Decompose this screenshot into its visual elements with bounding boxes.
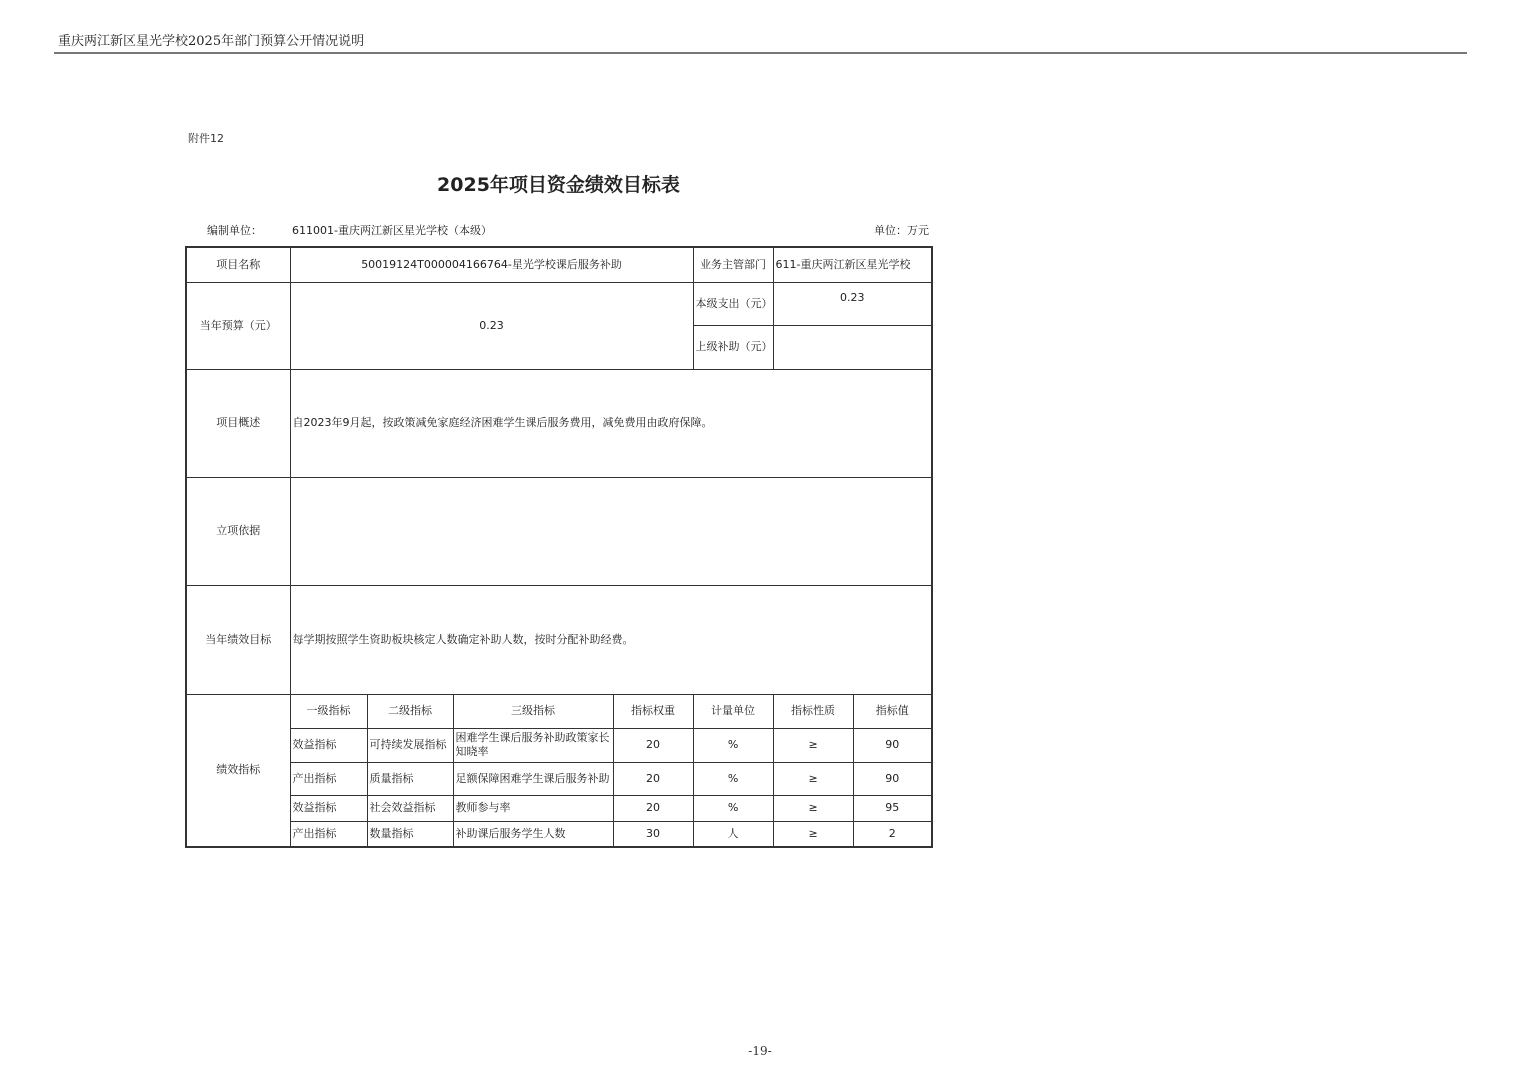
indicator-header: 三级指标 <box>453 694 613 728</box>
page-number: -19- <box>0 1044 1520 1058</box>
value-cell: 90 <box>853 728 932 762</box>
unit-cell: 人 <box>693 821 773 847</box>
own-spend-value: 0.23 <box>773 282 932 325</box>
indicator-header: 计量单位 <box>693 694 773 728</box>
weight-cell: 20 <box>613 728 693 762</box>
org-label: 编制单位： <box>207 222 262 238</box>
own-spend-label: 本级支出（元） <box>693 282 773 325</box>
unit-cell: % <box>693 728 773 762</box>
budget-label: 当年预算（元） <box>186 282 290 369</box>
org-value: 611001-重庆两江新区星光学校（本级） <box>292 222 492 238</box>
unit-label: 单位：万元 <box>874 222 929 238</box>
nature-cell: ≥ <box>773 795 853 821</box>
value-cell: 2 <box>853 821 932 847</box>
attachment-label: 附件12 <box>188 130 224 146</box>
level3-cell: 困难学生课后服务补助政策家长知晓率 <box>453 728 613 762</box>
basis-text <box>290 477 932 585</box>
unit-cell: % <box>693 762 773 795</box>
table-row: 产出指标 质量指标 足额保障困难学生课后服务补助 20 % ≥ 90 <box>186 762 932 795</box>
level3-cell: 足额保障困难学生课后服务补助 <box>453 762 613 795</box>
level1-cell: 效益指标 <box>290 795 367 821</box>
page-title: 2025年项目资金绩效目标表 <box>186 170 931 197</box>
upper-subsidy-value <box>773 325 932 369</box>
nature-cell: ≥ <box>773 821 853 847</box>
dept-label: 业务主管部门 <box>693 247 773 282</box>
upper-subsidy-label: 上级补助（元） <box>693 325 773 369</box>
goal-label: 当年绩效目标 <box>186 585 290 694</box>
indicator-header: 指标性质 <box>773 694 853 728</box>
nature-cell: ≥ <box>773 728 853 762</box>
level2-cell: 质量指标 <box>367 762 453 795</box>
goal-text: 每学期按照学生资助板块核定人数确定补助人数，按时分配补助经费。 <box>290 585 932 694</box>
unit-cell: % <box>693 795 773 821</box>
indicator-header: 指标权重 <box>613 694 693 728</box>
value-cell: 95 <box>853 795 932 821</box>
budget-value: 0.23 <box>290 282 693 369</box>
level1-cell: 产出指标 <box>290 821 367 847</box>
level2-cell: 社会效益指标 <box>367 795 453 821</box>
indicator-header: 指标值 <box>853 694 932 728</box>
weight-cell: 20 <box>613 762 693 795</box>
level3-cell: 教师参与率 <box>453 795 613 821</box>
table-row: 效益指标 社会效益指标 教师参与率 20 % ≥ 95 <box>186 795 932 821</box>
basis-label: 立项依据 <box>186 477 290 585</box>
table-row: 产出指标 数量指标 补助课后服务学生人数 30 人 ≥ 2 <box>186 821 932 847</box>
dept-value: 611-重庆两江新区星光学校 <box>773 247 932 282</box>
level2-cell: 可持续发展指标 <box>367 728 453 762</box>
weight-cell: 20 <box>613 795 693 821</box>
level2-cell: 数量指标 <box>367 821 453 847</box>
weight-cell: 30 <box>613 821 693 847</box>
header-divider <box>54 52 1467 54</box>
project-name-label: 项目名称 <box>186 247 290 282</box>
performance-target-table: 项目名称 50019124T000004166764-星光学校课后服务补助 业务… <box>185 246 933 848</box>
level3-cell: 补助课后服务学生人数 <box>453 821 613 847</box>
value-cell: 90 <box>853 762 932 795</box>
indicators-label: 绩效指标 <box>186 694 290 847</box>
nature-cell: ≥ <box>773 762 853 795</box>
indicator-header: 一级指标 <box>290 694 367 728</box>
level1-cell: 产出指标 <box>290 762 367 795</box>
document-header-title: 重庆两江新区星光学校2025年部门预算公开情况说明 <box>58 30 364 49</box>
project-name-value: 50019124T000004166764-星光学校课后服务补助 <box>290 247 693 282</box>
overview-label: 项目概述 <box>186 369 290 477</box>
table-row: 效益指标 可持续发展指标 困难学生课后服务补助政策家长知晓率 20 % ≥ 90 <box>186 728 932 762</box>
indicator-header: 二级指标 <box>367 694 453 728</box>
level1-cell: 效益指标 <box>290 728 367 762</box>
overview-text: 自2023年9月起，按政策减免家庭经济困难学生课后服务费用，减免费用由政府保障。 <box>290 369 932 477</box>
